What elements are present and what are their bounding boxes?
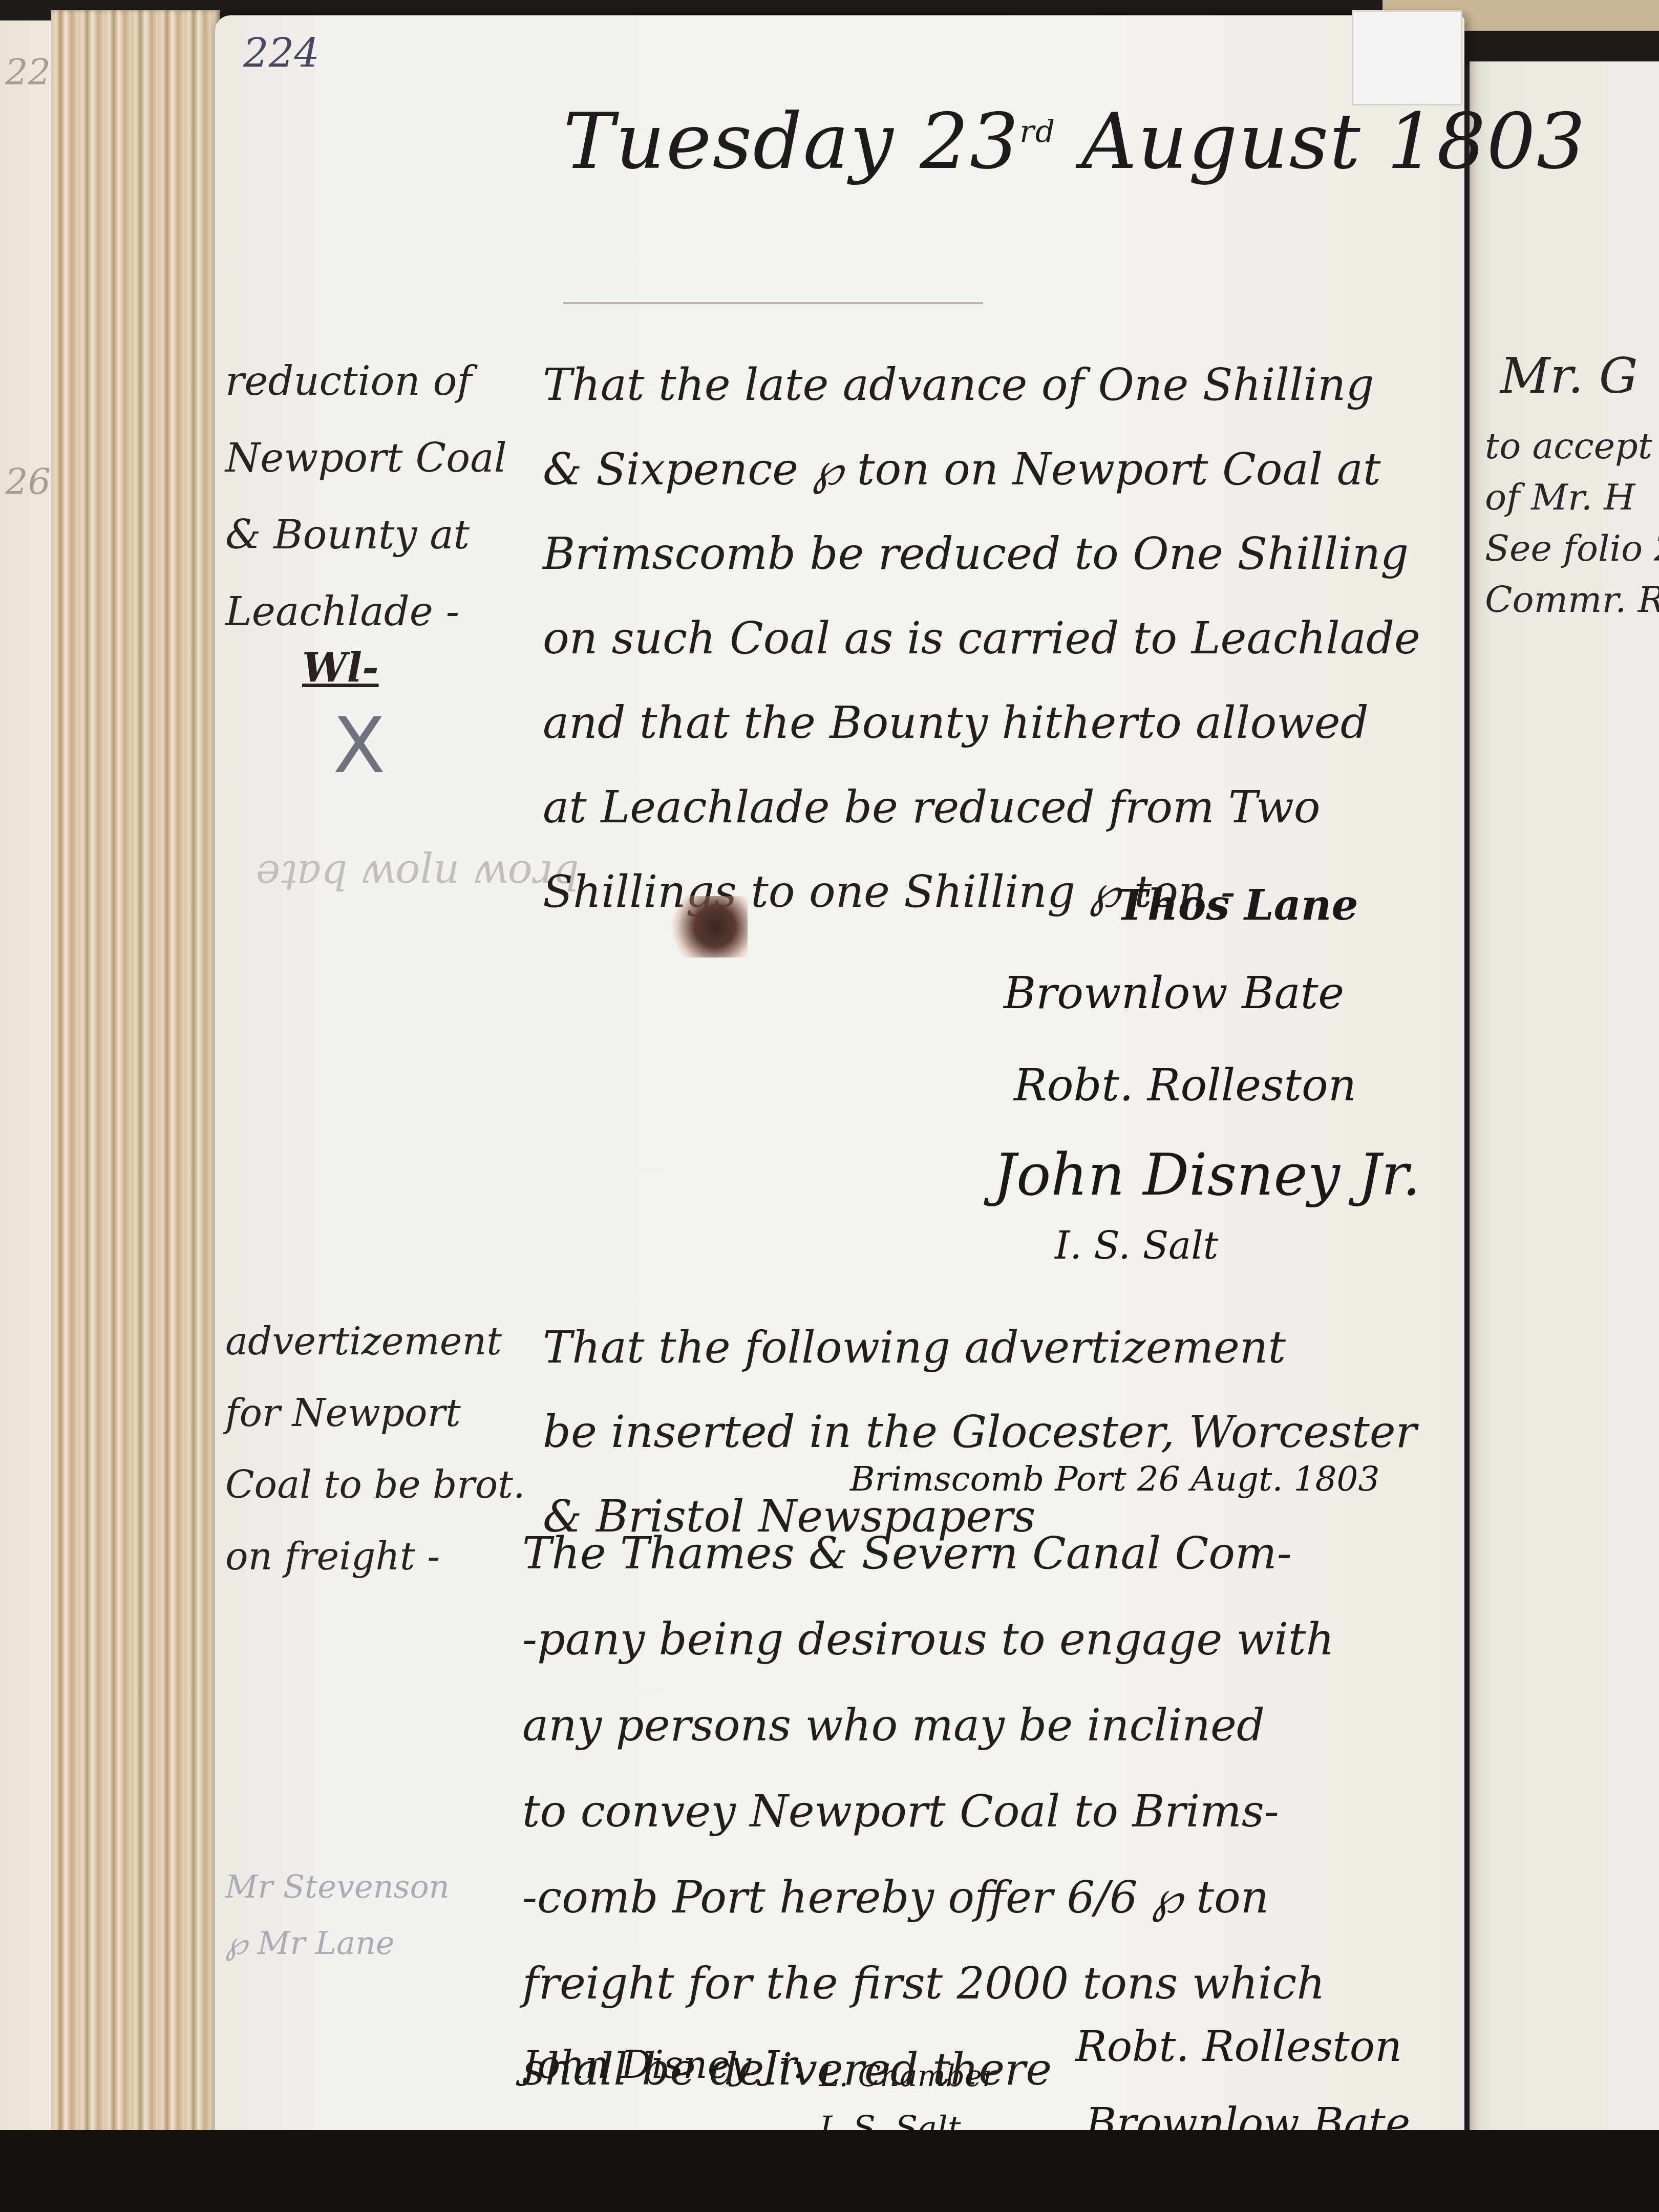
pencil-cross-mark: X <box>333 701 386 791</box>
signature-john-disney-2: John Disney Jr. <box>522 2043 804 2087</box>
book-cover-bottom <box>0 2130 1659 2212</box>
signature-i-s-salt: I. S. Salt <box>1055 1224 1219 1268</box>
manuscript-page: 224 Tuesday 23rd August 1803 ǝʇɐq ʍolu ʍ… <box>215 15 1464 2166</box>
signature-robt-rolleston-2: Robt. Rolleston <box>1075 2023 1402 2071</box>
facing-line: to accept <box>1485 425 1652 467</box>
minute-text-reduction: That the late advance of One Shilling & … <box>543 343 1454 934</box>
facing-line: Commr. Re <box>1485 579 1659 621</box>
dateline: Brimscomb Port 26 Augt. 1803 <box>850 1459 1379 1499</box>
underlying-fragment: 22 <box>5 51 51 93</box>
margin-initials: Wl- <box>302 630 379 707</box>
underlying-fragment: 26 <box>5 461 51 503</box>
heading-day-suffix: rd <box>1019 114 1056 150</box>
heading-weekday: Tuesday <box>563 97 895 186</box>
heading-year: 1803 <box>1387 97 1586 186</box>
signature-john-disney: John Disney Jr. <box>993 1142 1420 1208</box>
ink-blot <box>666 896 748 958</box>
bleed-through-text: ǝʇɐq ʍolu ʍoɹq <box>256 845 579 892</box>
paper-tab-marker <box>1352 10 1462 105</box>
heading-rule <box>563 302 983 304</box>
page-edges-stack <box>51 10 220 2135</box>
heading-month: August <box>1081 97 1362 186</box>
facing-line: See folio 2 <box>1485 527 1659 569</box>
signature-l-chamber: L. Chamber <box>819 2058 996 2093</box>
margin-note-advertizement: advertizement for Newport Coal to be bro… <box>225 1306 525 1592</box>
heading-day: 23 <box>920 97 1019 186</box>
facing-line: Mr. G <box>1500 348 1638 405</box>
margin-note-reduction: reduction of Newport Coal & Bounty at Le… <box>225 343 507 650</box>
signature-brownlow-bate: Brownlow Bate <box>1004 968 1344 1019</box>
signature-robt-rolleston: Robt. Rolleston <box>1014 1060 1356 1111</box>
signature-tho-lane: Thos Lane <box>1116 881 1358 930</box>
folio-number: 224 <box>243 31 320 77</box>
pencil-note-bottom-margin: Mr Stevenson ℘ Mr Lane <box>225 1859 450 1971</box>
facing-page: Mr. G to accept of Mr. H See folio 2 Com… <box>1470 61 1659 2140</box>
facing-line: of Mr. H <box>1485 476 1635 518</box>
page-heading: Tuesday 23rd August 1803 <box>563 97 1586 186</box>
